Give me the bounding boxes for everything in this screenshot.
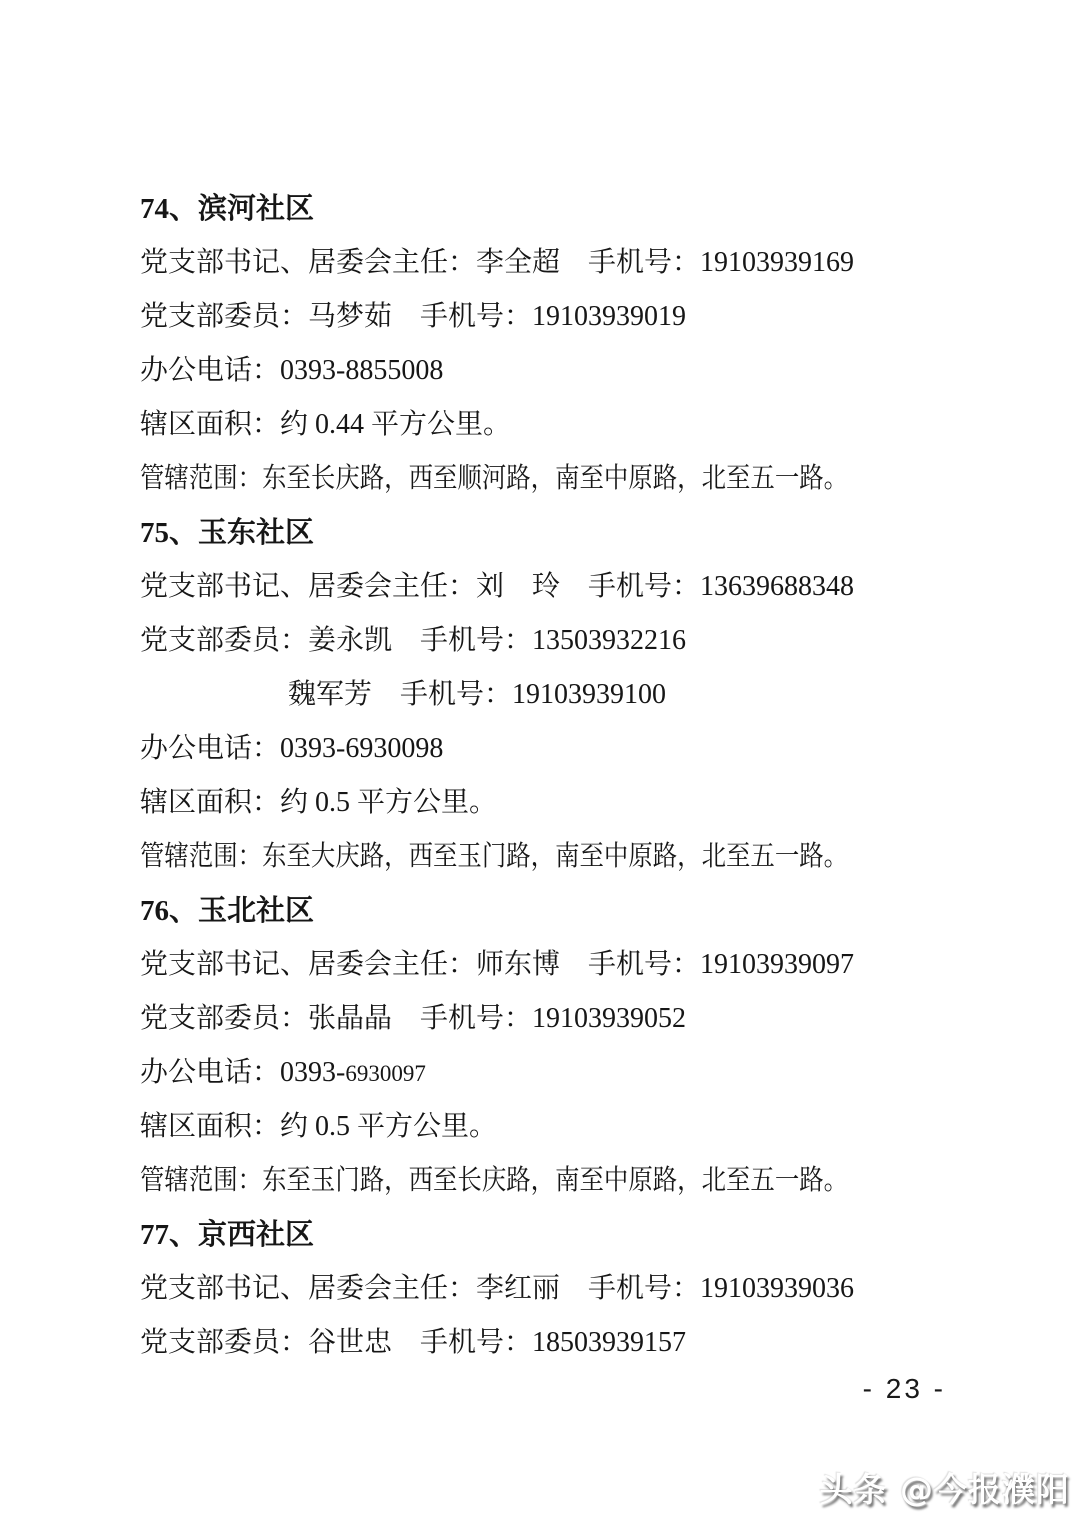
info-line: 辖区面积：约 0.5 平方公里。	[140, 1100, 946, 1154]
info-line: 管辖范围：东至大庆路，西至玉门路，南至中原路，北至五一路。	[140, 830, 946, 884]
info-line-text: 魏军芳 手机号：19103939100	[288, 679, 666, 710]
info-line: 办公电话：0393-6930097	[140, 1046, 946, 1100]
info-line-text: 党支部书记、居委会主任：李红丽 手机号：19103939036	[140, 1273, 854, 1304]
community-section: 74、滨河社区党支部书记、居委会主任：李全超 手机号：19103939169党支…	[140, 182, 946, 506]
watermark-toutiao: 头条 @今报濮阳	[820, 1468, 1071, 1512]
info-line-text: 辖区面积：约 0.44 平方公里。	[140, 409, 511, 440]
info-line: 党支部委员：张晶晶 手机号：19103939052	[140, 992, 946, 1046]
info-line-text: 管辖范围：东至玉门路，西至长庆路，南至中原路，北至五一路。	[140, 1154, 848, 1208]
info-line: 办公电话：0393-6930098	[140, 722, 946, 776]
community-heading: 74、滨河社区	[140, 182, 946, 236]
page-number: - 23 -	[0, 1372, 946, 1406]
info-line: 办公电话：0393-8855008	[140, 344, 946, 398]
info-line-text: 党支部委员：张晶晶 手机号：19103939052	[140, 1003, 686, 1034]
info-line: 党支部书记、居委会主任：刘 玲 手机号：13639688348	[140, 560, 946, 614]
info-line: 党支部委员：姜永凯 手机号：13503932216	[140, 614, 946, 668]
info-line-text: 党支部委员：谷世忠 手机号：18503939157	[140, 1327, 686, 1358]
community-heading: 77、京西社区	[140, 1208, 946, 1262]
info-line-text: 管辖范围：东至长庆路，西至顺河路，南至中原路，北至五一路。	[140, 452, 848, 506]
info-line-text: 党支部书记、居委会主任：刘 玲 手机号：13639688348	[140, 571, 854, 602]
community-section: 77、京西社区党支部书记、居委会主任：李红丽 手机号：19103939036党支…	[140, 1208, 946, 1370]
info-line: 管辖范围：东至玉门路，西至长庆路，南至中原路，北至五一路。	[140, 1154, 946, 1208]
info-line: 党支部委员：谷世忠 手机号：18503939157	[140, 1316, 946, 1370]
info-line: 党支部委员：马梦茹 手机号：19103939019	[140, 290, 946, 344]
info-line: 党支部书记、居委会主任：师东博 手机号：19103939097	[140, 938, 946, 992]
info-line-text: 辖区面积：约 0.5 平方公里。	[140, 1111, 497, 1142]
document-page: 74、滨河社区党支部书记、居委会主任：李全超 手机号：19103939169党支…	[0, 0, 1080, 1527]
info-line-text: 党支部委员：马梦茹 手机号：19103939019	[140, 301, 686, 332]
info-line-text: 党支部书记、居委会主任：师东博 手机号：19103939097	[140, 949, 854, 980]
community-directory: 74、滨河社区党支部书记、居委会主任：李全超 手机号：19103939169党支…	[140, 182, 946, 1370]
info-line-text: 办公电话：0393-8855008	[140, 355, 443, 386]
info-line: 辖区面积：约 0.5 平方公里。	[140, 776, 946, 830]
info-line: 管辖范围：东至长庆路，西至顺河路，南至中原路，北至五一路。	[140, 452, 946, 506]
info-line-text: 办公电话：0393-6930098	[140, 733, 443, 764]
community-heading: 75、玉东社区	[140, 506, 946, 560]
info-line: 党支部书记、居委会主任：李全超 手机号：19103939169	[140, 236, 946, 290]
info-line-text-small: 6930097	[345, 1061, 426, 1086]
info-line: 党支部书记、居委会主任：李红丽 手机号：19103939036	[140, 1262, 946, 1316]
info-line-text: 办公电话：0393-	[140, 1057, 345, 1088]
info-line-text: 党支部书记、居委会主任：李全超 手机号：19103939169	[140, 247, 854, 278]
community-section: 75、玉东社区党支部书记、居委会主任：刘 玲 手机号：13639688348党支…	[140, 506, 946, 884]
community-heading: 76、玉北社区	[140, 884, 946, 938]
community-section: 76、玉北社区党支部书记、居委会主任：师东博 手机号：19103939097党支…	[140, 884, 946, 1208]
info-line-text: 辖区面积：约 0.5 平方公里。	[140, 787, 497, 818]
info-line-text: 管辖范围：东至大庆路，西至玉门路，南至中原路，北至五一路。	[140, 830, 848, 884]
info-line: 魏军芳 手机号：19103939100	[140, 668, 946, 722]
info-line-text: 党支部委员：姜永凯 手机号：13503932216	[140, 625, 686, 656]
info-line: 辖区面积：约 0.44 平方公里。	[140, 398, 946, 452]
